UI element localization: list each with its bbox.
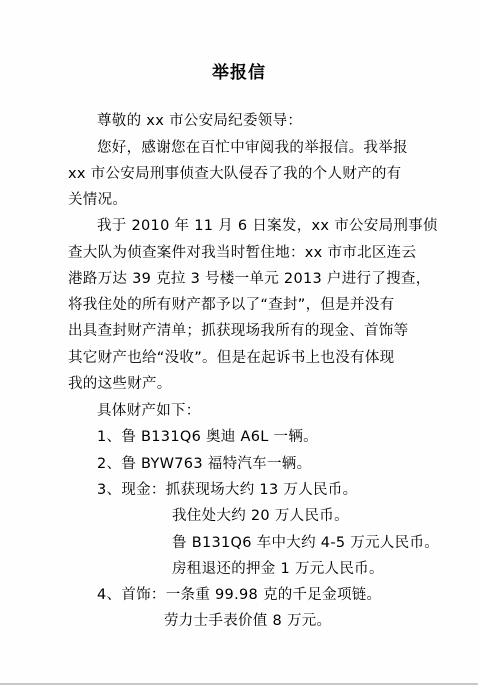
property-item-4: 4、首饰：一条重 99.98 克的千足金项链。 bbox=[97, 586, 381, 604]
paragraph-1-line-2: xx 市公安局刑事侦查大队侵吞了我的个人财产的有 bbox=[68, 165, 401, 183]
paragraph-2-line-5: 出具查封财产清单；抓获现场我所有的现金、首饰等 bbox=[68, 322, 408, 340]
property-item-3-sub-2: 鲁 B131Q6 车中大约 4-5 万元人民币。 bbox=[172, 534, 439, 552]
document-page: 举报信 尊敬的 xx 市公安局纪委领导： 您好，感谢您在百忙中审阅我的举报信。我… bbox=[0, 0, 478, 683]
property-item-4-sub-1: 劳力士手表价值 8 万元。 bbox=[164, 612, 331, 630]
property-item-3: 3、现金：抓获现场大约 13 万人民币。 bbox=[97, 481, 357, 499]
property-item-3-sub-3: 房租退还的押金 1 万元人民币。 bbox=[172, 560, 384, 578]
property-list-heading: 具体财产如下： bbox=[97, 402, 201, 420]
paragraph-2-line-2: 查大队为侦查案件对我当时暂住地：xx 市市北区连云 bbox=[68, 244, 416, 262]
property-item-1: 1、鲁 B131Q6 奥迪 A6L 一辆。 bbox=[97, 428, 318, 446]
paragraph-1-line-3: 关情况。 bbox=[68, 191, 127, 209]
paragraph-2-line-1: 我于 2010 年 11 月 6 日案发，xx 市公安局刑事侦 bbox=[97, 217, 438, 235]
paragraph-2-line-6: 其它财产也给“没收”。但是在起诉书上也没有体现 bbox=[68, 349, 394, 367]
paragraph-2-line-7: 我的这些财产。 bbox=[68, 375, 172, 393]
document-title: 举报信 bbox=[0, 63, 478, 83]
paragraph-2-line-4: 将我住处的所有财产都予以了“查封”，但是并没有 bbox=[68, 296, 394, 314]
paragraph-2-line-3: 港路万达 39 克拉 3 号楼一单元 2013 户进行了搜查， bbox=[68, 270, 431, 288]
property-item-2: 2、鲁 BYW763 福特汽车一辆。 bbox=[97, 455, 311, 473]
property-item-3-sub-1: 我住处大约 20 万人民币。 bbox=[172, 507, 349, 525]
paragraph-1-line-1: 您好，感谢您在百忙中审阅我的举报信。我举报 bbox=[97, 139, 408, 157]
salutation: 尊敬的 xx 市公安局纪委领导： bbox=[97, 112, 302, 130]
